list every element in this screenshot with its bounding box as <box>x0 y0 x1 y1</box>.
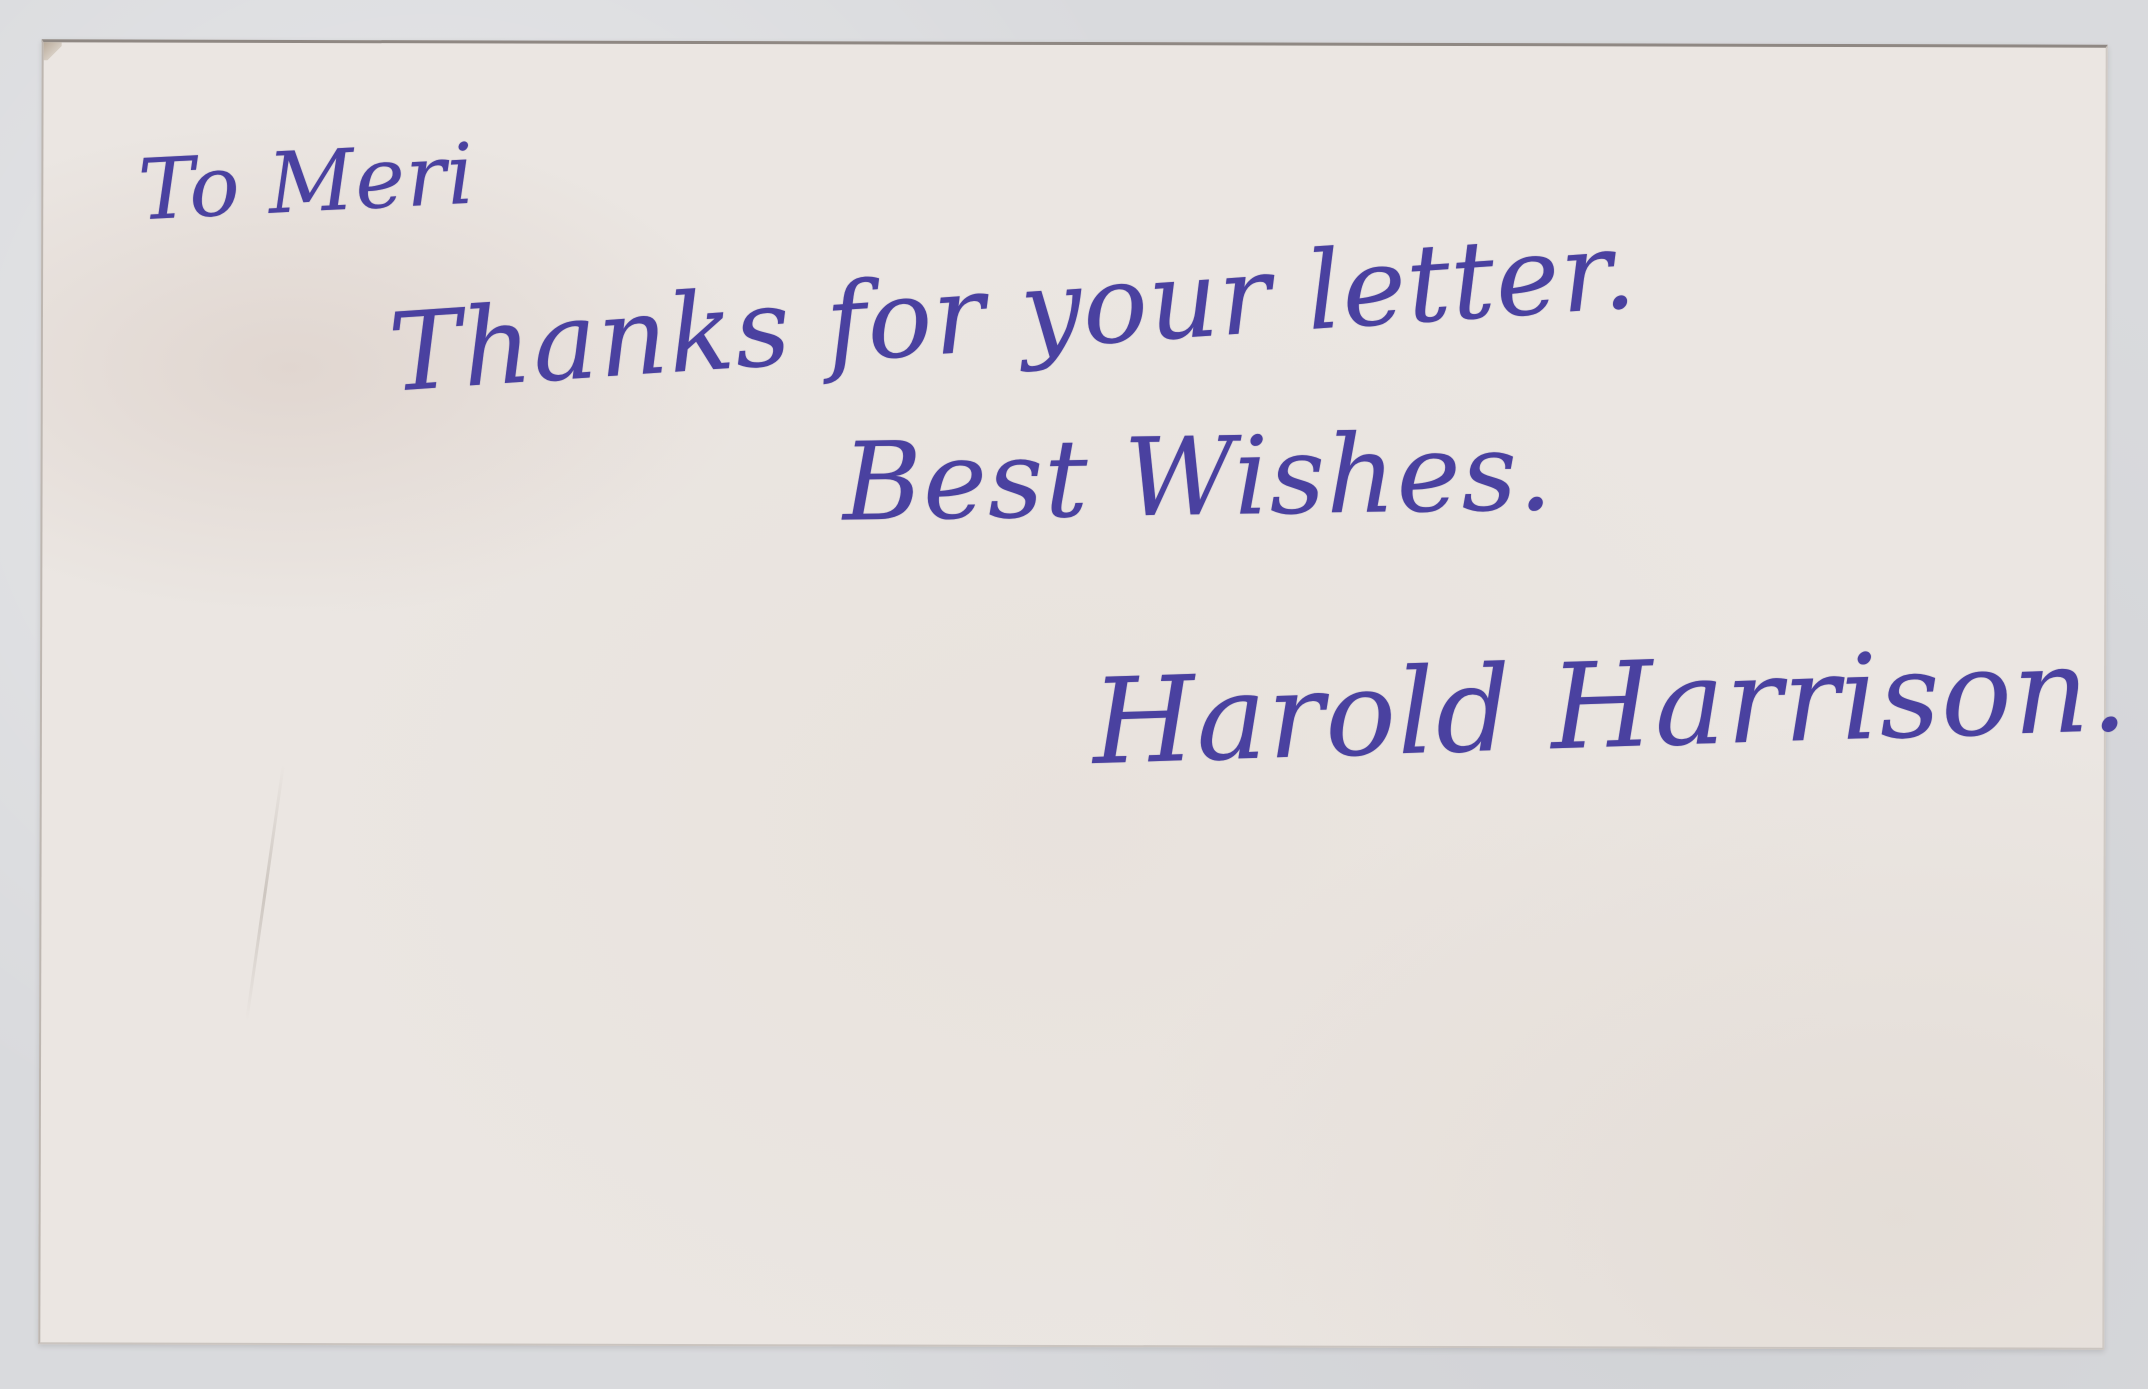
paper-crease <box>245 764 285 1022</box>
body-text: Thanks for your letter. <box>385 208 1640 417</box>
signature-text: Harold Harrison. <box>1090 620 2130 791</box>
closing-text: Best Wishes. <box>842 410 1555 546</box>
salutation-text: To Meri <box>136 125 477 240</box>
handwritten-card: To Meri Thanks for your letter. Best Wis… <box>38 39 2107 1349</box>
